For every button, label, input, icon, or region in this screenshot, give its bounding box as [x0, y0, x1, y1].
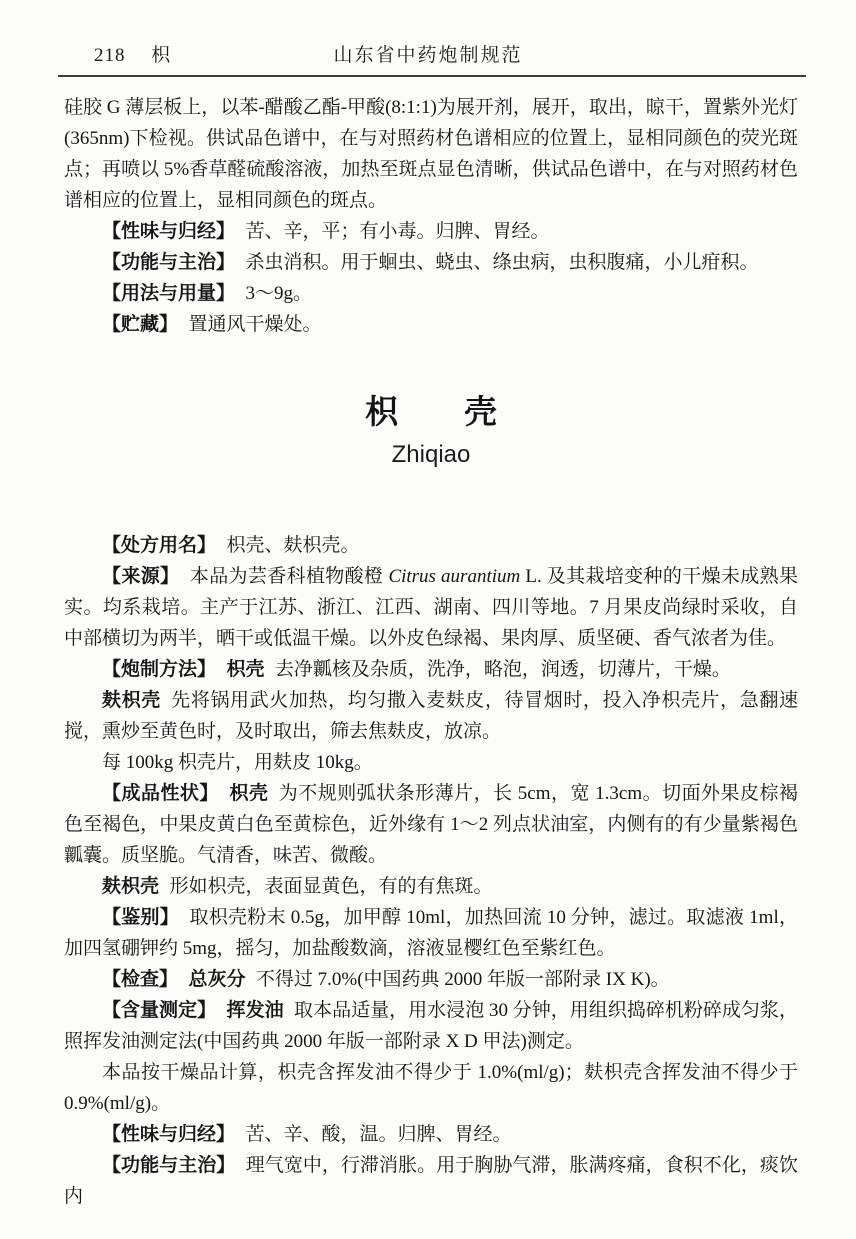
section-yongfa-yongliang: 【用法与用量】3～9g。 [64, 278, 798, 309]
subentry-name: 麸枳壳 [102, 876, 159, 897]
document-page: 218 枳 山东省中药炮制规范 硅胶 G 薄层板上，以苯-醋酸乙酯-甲酸(8:1… [0, 0, 856, 1239]
section-laiyuan: 【来源】本品为芸香科植物酸橙 Citrus aurantium L. 及其栽培变… [64, 561, 798, 654]
section-label: 【性味与归经】 [102, 221, 235, 242]
section-label: 【性味与归经】 [102, 1124, 235, 1145]
subentry-name: 挥发油 [227, 1000, 284, 1021]
section-text: 苦、辛、酸，温。归脾、胃经。 [245, 1124, 511, 1145]
monograph-title: 枳 壳 [64, 392, 798, 432]
section-label: 【炮制方法】 [102, 659, 216, 680]
section-text: 本品为芸香科植物酸橙 [190, 566, 389, 587]
section-label: 【处方用名】 [102, 535, 216, 556]
section-chengpin-xingzhuang: 【成品性状】枳壳为不规则弧状条形薄片，长 5cm，宽 1.3cm。切面外果皮棕褐… [64, 778, 798, 871]
section-label: 【贮藏】 [102, 314, 178, 335]
continuation-paragraph: 硅胶 G 薄层板上，以苯-醋酸乙酯-甲酸(8:1:1)为展开剂，展开，取出，晾干… [64, 92, 798, 216]
book-title: 山东省中药炮制规范 [0, 40, 856, 67]
subentry-name: 枳壳 [229, 783, 268, 804]
paragraph-fu-zhiqiao-method: 麸枳壳先将锅用武火加热，均匀撒入麦麸皮，待冒烟时，投入净枳壳片，急翻速搅，熏炒至… [64, 685, 798, 747]
paragraph-oil-limits: 本品按干燥品计算，枳壳含挥发油不得少于 1.0%(ml/g)；麸枳壳含挥发油不得… [64, 1057, 798, 1119]
section-label: 【含量测定】 [102, 1000, 216, 1021]
section-chufang-yongming: 【处方用名】枳壳、麸枳壳。 [64, 530, 798, 561]
section-text: 置通风干燥处。 [188, 314, 321, 335]
section-gongneng-zhuzhi: 【功能与主治】理气宽中，行滞消胀。用于胸胁气滞，胀满疼痛，食积不化，痰饮内 [64, 1150, 798, 1212]
section-text: 杀虫消积。用于蛔虫、蛲虫、绦虫病，虫积腹痛，小儿疳积。 [245, 252, 758, 273]
section-label: 【鉴别】 [102, 907, 179, 928]
section-text: 不得过 7.0%(中国药典 2000 年版一部附录 IX K)。 [256, 969, 670, 990]
subentry-name: 总灰分 [188, 969, 245, 990]
header-rule [58, 75, 806, 77]
section-label: 【功能与主治】 [102, 252, 235, 273]
subentry-name: 枳壳 [226, 659, 264, 680]
latin-binomial: Citrus aurantium [388, 566, 520, 587]
paragraph-bran-ratio: 每 100kg 枳壳片，用麸皮 10kg。 [64, 747, 798, 778]
section-text: 先将锅用武火加热，均匀撒入麦麸皮，待冒烟时，投入净枳壳片，急翻速搅，熏炒至黄色时… [64, 690, 798, 742]
section-label: 【功能与主治】 [102, 1155, 235, 1176]
section-text: 3～9g。 [245, 283, 312, 304]
section-paozhi-fangfa: 【炮制方法】枳壳去净瓤核及杂质，洗净，略泡，润透，切薄片，干燥。 [64, 654, 798, 685]
section-label: 【成品性状】 [102, 783, 219, 804]
section-gongneng-zhuzhi-top: 【功能与主治】杀虫消积。用于蛔虫、蛲虫、绦虫病，虫积腹痛，小儿疳积。 [64, 247, 798, 278]
subentry-name: 麸枳壳 [102, 690, 161, 711]
section-text: 去净瓤核及杂质，洗净，略泡，润透，切薄片，干燥。 [275, 659, 731, 680]
section-jianbie: 【鉴别】取枳壳粉末 0.5g，加甲醇 10ml，加热回流 10 分钟，滤过。取滤… [64, 902, 798, 964]
monograph-pinyin: Zhiqiao [64, 440, 798, 470]
monograph-body: 【处方用名】枳壳、麸枳壳。 【来源】本品为芸香科植物酸橙 Citrus aura… [64, 530, 798, 1212]
page-header: 218 枳 山东省中药炮制规范 [0, 40, 856, 66]
section-text: 枳壳、麸枳壳。 [226, 535, 359, 556]
section-label: 【用法与用量】 [102, 283, 235, 304]
section-hanliang-ceding: 【含量测定】挥发油取本品适量，用水浸泡 30 分钟，用组织捣碎机粉碎成匀浆，照挥… [64, 995, 798, 1057]
section-label: 【检查】 [102, 969, 178, 990]
section-xingwei-guijing-top: 【性味与归经】苦、辛，平；有小毒。归脾、胃经。 [64, 216, 798, 247]
section-zhucang: 【贮藏】置通风干燥处。 [64, 309, 798, 340]
section-text: 形如枳壳，表面显黄色，有的有焦斑。 [169, 876, 492, 897]
section-xingwei-guijing: 【性味与归经】苦、辛、酸，温。归脾、胃经。 [64, 1119, 798, 1150]
paragraph-fu-zhiqiao-appearance: 麸枳壳形如枳壳，表面显黄色，有的有焦斑。 [64, 871, 798, 902]
page-content: 硅胶 G 薄层板上，以苯-醋酸乙酯-甲酸(8:1:1)为展开剂，展开，取出，晾干… [64, 92, 798, 1212]
section-jiancha: 【检查】总灰分不得过 7.0%(中国药典 2000 年版一部附录 IX K)。 [64, 964, 798, 995]
section-text: 苦、辛，平；有小毒。归脾、胃经。 [245, 221, 549, 242]
section-label: 【来源】 [102, 566, 179, 587]
